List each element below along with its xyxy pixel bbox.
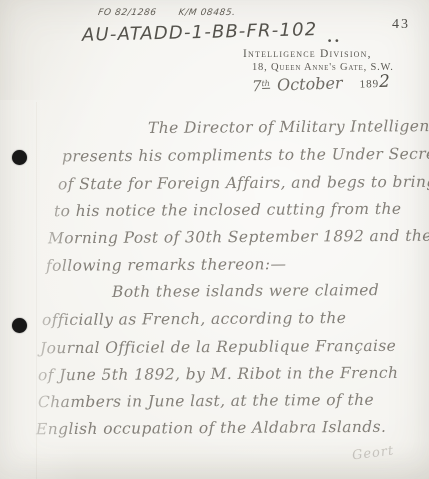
body-line: Chambers in June last, at the time of th… [38, 391, 374, 411]
body-line: of June 5th 1892, by M. Ribot in the Fre… [38, 364, 398, 385]
page-number: 43 [392, 17, 410, 33]
secondary-reference: K/M 08485. [178, 8, 236, 18]
date-year-printed: 189 [359, 78, 379, 91]
ink-dots: .. [327, 28, 341, 46]
hole-punch-top [12, 150, 27, 165]
hole-punch-bottom [12, 318, 27, 333]
body-line: English occupation of the Aldabra Island… [36, 418, 386, 438]
fo-reference: FO 82/1286 [97, 8, 157, 18]
body-line: officially as French, according to the [42, 309, 346, 329]
date-day: 7 [252, 77, 262, 95]
body-line: presents his compliments to the Under Se… [62, 145, 429, 166]
body-line: Journal Officiel de la Republique França… [40, 337, 396, 357]
letterhead-division: Intelligence Division, [243, 48, 372, 60]
date-day-suffix: th [261, 79, 270, 89]
file-reference-line: FO 82/1286 K/M 08485. [97, 8, 236, 18]
body-line: of State for Foreign Affairs, and begs t… [58, 173, 429, 194]
date-year-handwritten: 2 [379, 72, 391, 92]
archive-reference: AU-ATADD-1-BB-FR-102 [82, 19, 318, 46]
body-line: Both these islands were claimed [112, 281, 379, 301]
body-line: following remarks thereon:— [46, 255, 287, 275]
body-line: The Director of Military Intelligence [148, 117, 429, 137]
date-month: October [277, 73, 343, 94]
date-line: 7th October 1892 [252, 72, 391, 97]
scanned-letter-page: FO 82/1286 K/M 08485. AU-ATADD-1-BB-FR-1… [0, 0, 429, 479]
body-line: Morning Post of 30th September 1892 and … [48, 227, 429, 248]
body-line: to his notice the inclosed cutting from … [54, 200, 402, 220]
faint-pencil-signature: Geort [351, 443, 395, 463]
